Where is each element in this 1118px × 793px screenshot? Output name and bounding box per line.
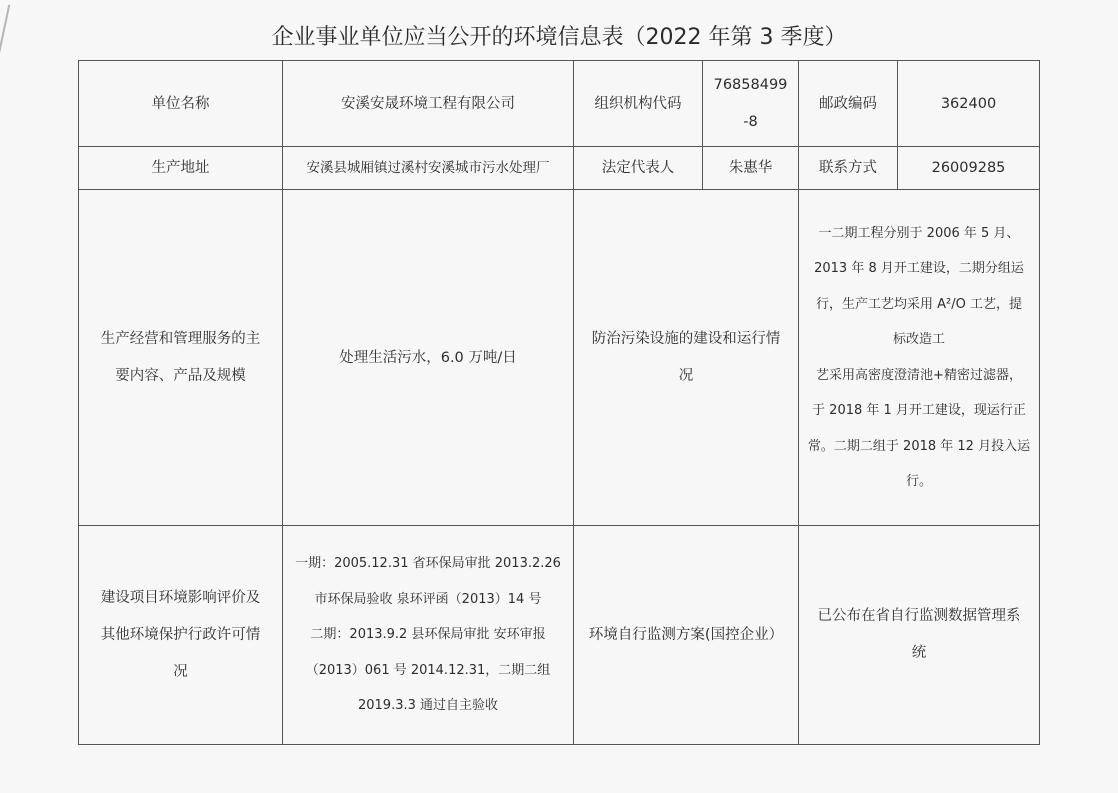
eia-label-line3: 况 [83,654,278,691]
facility-line: 一二期工程分别于 2006 年 5 月、 [805,216,1033,252]
unit-name-value: 安溪安晟环境工程有限公司 [283,61,574,147]
monitoring-value: 已公布在省自行监测数据管理系 统 [799,526,1040,745]
legal-rep-value: 朱惠华 [703,147,799,190]
contact-label: 联系方式 [799,147,898,190]
org-code-line2: -8 [707,104,794,141]
postal-code-label: 邮政编码 [799,61,898,147]
table-row-business: 生产经营和管理服务的主 要内容、产品及规模 处理生活污水，6.0 万吨/日 防治… [79,190,1040,526]
org-code-line1: 76858499 [707,67,794,104]
facility-line: 2013 年 8 月开工建设，二期分组运 [805,251,1033,287]
table-row-eia: 建设项目环境影响评价及 其他环境保护行政许可情 况 一期：2005.12.31 … [79,526,1040,745]
eia-label-line1: 建设项目环境影响评价及 [83,580,278,617]
table-row-unit: 单位名称 安溪安晟环境工程有限公司 组织机构代码 76858499 -8 邮政编… [79,61,1040,147]
facility-line: 行，生产工艺均采用 A²/O 工艺，提 [805,287,1033,323]
contact-value: 26009285 [898,147,1040,190]
facility-line: 于 2018 年 1 月开工建设，现运行正 [805,393,1033,429]
table-row-address: 生产地址 安溪县城厢镇过溪村安溪城市污水处理厂 法定代表人 朱惠华 联系方式 2… [79,147,1040,190]
address-label: 生产地址 [79,147,283,190]
facility-label-line1: 防治污染设施的建设和运行情 [578,321,794,358]
eia-line: 一期：2005.12.31 省环保局审批 2013.2.26 [289,546,567,582]
postal-code-value: 362400 [898,61,1040,147]
environment-info-table: 单位名称 安溪安晟环境工程有限公司 组织机构代码 76858499 -8 邮政编… [78,60,1040,745]
facility-line: 标改造工 [805,322,1033,358]
eia-line: 2019.3.3 通过自主验收 [289,688,567,724]
facility-line: 常。二期二组于 2018 年 12 月投入运 [805,429,1033,465]
facility-line: 行。 [805,464,1033,500]
org-code-label: 组织机构代码 [574,61,703,147]
business-label: 生产经营和管理服务的主 要内容、产品及规模 [79,190,283,526]
facility-label: 防治污染设施的建设和运行情 况 [574,190,799,526]
monitoring-value-line1: 已公布在省自行监测数据管理系 [803,598,1035,635]
page-title: 企业事业单位应当公开的环境信息表（2022 年第 3 季度） [0,20,1118,51]
legal-rep-label: 法定代表人 [574,147,703,190]
eia-label: 建设项目环境影响评价及 其他环境保护行政许可情 况 [79,526,283,745]
monitoring-label: 环境自行监测方案(国控企业） [574,526,799,745]
eia-value: 一期：2005.12.31 省环保局审批 2013.2.26 市环保局验收 泉环… [283,526,574,745]
business-label-line2: 要内容、产品及规模 [83,358,278,395]
eia-label-line2: 其他环境保护行政许可情 [83,617,278,654]
address-value: 安溪县城厢镇过溪村安溪城市污水处理厂 [283,147,574,190]
business-value: 处理生活污水，6.0 万吨/日 [283,190,574,526]
facility-label-line2: 况 [578,358,794,395]
unit-name-label: 单位名称 [79,61,283,147]
facility-line: 艺采用高密度澄清池+精密过滤器， [805,358,1033,394]
eia-line: （2013）061 号 2014.12.31，二期二组 [289,653,567,689]
facility-value: 一二期工程分别于 2006 年 5 月、 2013 年 8 月开工建设，二期分组… [799,190,1040,526]
eia-line: 市环保局验收 泉环评函（2013）14 号 [289,582,567,618]
org-code-value: 76858499 -8 [703,61,799,147]
monitoring-value-line2: 统 [803,635,1035,672]
eia-line: 二期：2013.9.2 县环保局审批 安环审报 [289,617,567,653]
business-label-line1: 生产经营和管理服务的主 [83,321,278,358]
